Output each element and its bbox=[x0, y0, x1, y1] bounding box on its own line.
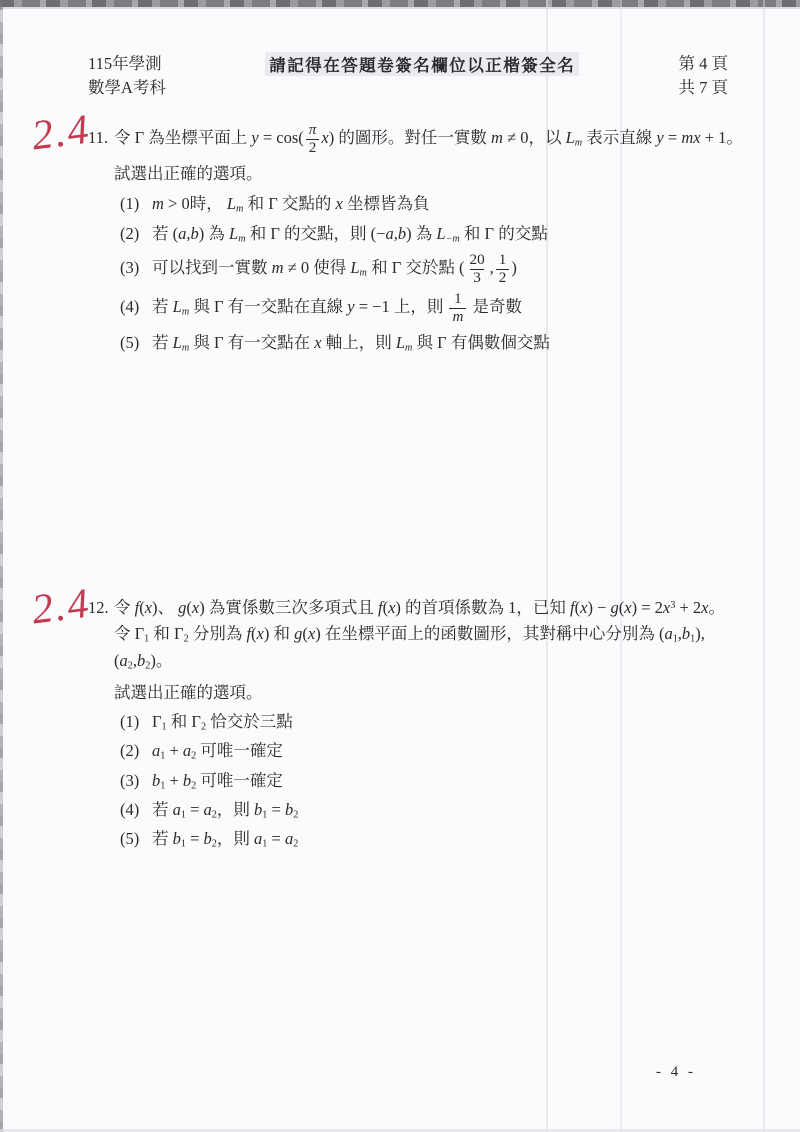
option-label: (1) bbox=[120, 192, 152, 217]
option-row: (3)可以找到一實數 m ≠ 0 使得 Lm 和 Γ 交於點 (203,12) bbox=[88, 252, 750, 286]
exam-subject-title: 數學A考科 bbox=[88, 76, 166, 100]
option-label: (5) bbox=[120, 826, 152, 852]
option-text: a1 + a2 可唯一確定 bbox=[152, 741, 283, 760]
scan-artifact-top-shadow bbox=[0, 7, 800, 9]
question-12-stem-line2: 令 Γ1 和 Γ2 分別為 f(x) 和 g(x) 在坐標平面上的函數圖形，其對… bbox=[88, 621, 750, 675]
option-row: (1)m > 0時， Lm 和 Γ 交點的 x 坐標皆為負 bbox=[88, 192, 750, 217]
option-text: 可以找到一實數 m ≠ 0 使得 Lm 和 Γ 交於點 (203,12) bbox=[152, 258, 517, 277]
option-row: (2)若 (a,b) 為 Lm 和 Γ 的交點，則 (−a,b) 為 L−m 和… bbox=[88, 222, 750, 247]
question-12: 2.4 12.令 f(x)、 g(x) 為實係數三次多項式且 f(x) 的首項係… bbox=[88, 596, 750, 853]
header-exam-info: 115年學測 數學A考科 bbox=[88, 52, 166, 100]
page-number-label: 第 4 頁 bbox=[678, 52, 728, 76]
option-row: (1)Γ1 和 Γ2 恰交於三點 bbox=[88, 709, 750, 735]
footer-page-number: - 4 - bbox=[656, 1064, 696, 1081]
question-12-prompt: 試選出正確的選項。 bbox=[88, 681, 750, 706]
option-label: (3) bbox=[120, 256, 152, 281]
option-row: (2)a1 + a2 可唯一確定 bbox=[88, 738, 750, 764]
option-text: 若 a1 = a2，則 b1 = b2 bbox=[152, 800, 298, 819]
page-header: 115年學測 數學A考科 請記得在答題卷簽名欄位以正楷簽全名 第 4 頁 共 7… bbox=[88, 52, 728, 100]
option-text: m > 0時， Lm 和 Γ 交點的 x 坐標皆為負 bbox=[152, 194, 429, 213]
option-text: 若 Lm 與 Γ 有一交點在 x 軸上，則 Lm 與 Γ 有偶數個交點 bbox=[152, 333, 550, 352]
option-text: 若 (a,b) 為 Lm 和 Γ 的交點，則 (−a,b) 為 L−m 和 Γ … bbox=[152, 224, 548, 243]
option-text: Γ1 和 Γ2 恰交於三點 bbox=[152, 712, 293, 731]
option-label: (4) bbox=[120, 797, 152, 823]
option-row: (3)b1 + b2 可唯一確定 bbox=[88, 768, 750, 794]
option-text: 若 b1 = b2，則 a1 = a2 bbox=[152, 829, 298, 848]
page-total-label: 共 7 頁 bbox=[678, 76, 728, 100]
question-12-options: (1)Γ1 和 Γ2 恰交於三點 (2)a1 + a2 可唯一確定 (3)b1 … bbox=[88, 709, 750, 853]
option-row: (5)若 b1 = b2，則 a1 = a2 bbox=[88, 826, 750, 852]
exam-year-title: 115年學測 bbox=[88, 52, 166, 76]
scan-artifact-vertical-streak-3 bbox=[763, 0, 765, 1132]
option-label: (3) bbox=[120, 768, 152, 794]
scan-artifact-top-edge bbox=[0, 0, 800, 7]
question-12-stem: 12.令 f(x)、 g(x) 為實係數三次多項式且 f(x) 的首項係數為 1… bbox=[88, 596, 750, 621]
option-label: (5) bbox=[120, 331, 152, 356]
question-stem-text: 令 f(x)、 g(x) 為實係數三次多項式且 f(x) 的首項係數為 1，已知… bbox=[114, 598, 725, 617]
question-11-stem: 11.令 Γ 為坐標平面上 y = cos(π2x) 的圖形。對任一實數 m ≠… bbox=[88, 122, 750, 156]
question-11-options: (1)m > 0時， Lm 和 Γ 交點的 x 坐標皆為負 (2)若 (a,b)… bbox=[88, 192, 750, 355]
option-label: (2) bbox=[120, 738, 152, 764]
handwritten-score-annotation: 2.4 bbox=[30, 583, 93, 632]
option-text: b1 + b2 可唯一確定 bbox=[152, 771, 283, 790]
option-label: (1) bbox=[120, 709, 152, 735]
option-row: (4)若 a1 = a2，則 b1 = b2 bbox=[88, 797, 750, 823]
signature-notice: 請記得在答題卷簽名欄位以正楷簽全名 bbox=[265, 52, 579, 76]
option-row: (4)若 Lm 與 Γ 有一交點在直線 y = −1 上，則 1m 是奇數 bbox=[88, 291, 750, 325]
option-text: 若 Lm 與 Γ 有一交點在直線 y = −1 上，則 1m 是奇數 bbox=[152, 297, 522, 316]
scan-artifact-left-edge bbox=[0, 0, 3, 1132]
question-11: 2.4 11.令 Γ 為坐標平面上 y = cos(π2x) 的圖形。對任一實數… bbox=[88, 122, 750, 356]
option-label: (2) bbox=[120, 222, 152, 247]
header-page-info: 第 4 頁 共 7 頁 bbox=[678, 52, 728, 100]
option-label: (4) bbox=[120, 295, 152, 320]
option-row: (5)若 Lm 與 Γ 有一交點在 x 軸上，則 Lm 與 Γ 有偶數個交點 bbox=[88, 331, 750, 356]
question-stem-text: 令 Γ 為坐標平面上 y = cos(π2x) 的圖形。對任一實數 m ≠ 0，… bbox=[114, 128, 743, 147]
handwritten-score-annotation: 2.4 bbox=[30, 109, 93, 158]
exam-page-scan: 115年學測 數學A考科 請記得在答題卷簽名欄位以正楷簽全名 第 4 頁 共 7… bbox=[0, 0, 800, 1132]
question-11-prompt: 試選出正確的選項。 bbox=[88, 162, 750, 187]
